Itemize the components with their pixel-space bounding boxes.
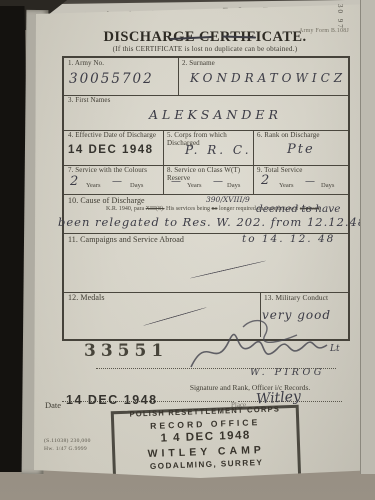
row-discharge-details: 4. Effective Date of Discharge 14 DEC 19… bbox=[64, 130, 348, 166]
document-subtitle: (If this CERTIFICATE is lost no duplicat… bbox=[75, 45, 335, 53]
field-value-handwritten: KONDRATOWICZ bbox=[190, 71, 346, 85]
field-value-handwritten: Pte bbox=[287, 142, 315, 157]
field-army-no: 1. Army No. 30055702 bbox=[64, 58, 179, 95]
years-value: 2 bbox=[261, 173, 269, 188]
rank-annotation: Lt bbox=[330, 344, 340, 354]
margin-page-numbers: 30 97 bbox=[336, 4, 344, 30]
field-label: 13. Military Conduct bbox=[264, 294, 344, 302]
field-total-service: 9. Total Service 2 Years — Days bbox=[253, 165, 346, 194]
printed-segment: His services being bbox=[165, 206, 212, 212]
record-office-rubber-stamp: POLISH RESETTLEMENT CORPS RECORD OFFICE … bbox=[111, 405, 302, 488]
field-effective-date: 4. Effective Date of Discharge 14 DEC 19… bbox=[64, 130, 164, 165]
days-unit: Days bbox=[227, 182, 240, 189]
row-service: 7. Service with the Colours 2 Years — Da… bbox=[64, 165, 348, 195]
signature-caption: Signature and Rank, Officer i/c Records. bbox=[140, 383, 360, 392]
field-corps: 5. Corps from which Discharged P. R. C. bbox=[163, 130, 254, 165]
field-label: 11. Campaigns and Service Abroad bbox=[68, 236, 184, 244]
years-unit: Years bbox=[86, 182, 101, 189]
row-first-names: 3. First Names ALEKSANDER bbox=[64, 95, 348, 131]
field-service-reserve: 8. Service on Class W(T) Reserve — Years… bbox=[163, 165, 254, 194]
field-label: 1. Army No. bbox=[68, 60, 104, 68]
handwritten-annotation: been relegated to Res. W. 202. from 12.1… bbox=[58, 215, 366, 229]
photo-of-discharge-certificate: F6 E G Army Form B.108J DISCHARGE CERTIF… bbox=[0, 0, 375, 500]
serial-number-stamp: 33551 bbox=[84, 341, 168, 361]
right-page-edge bbox=[360, 0, 375, 474]
field-service-colours: 7. Service with the Colours 2 Years — Da… bbox=[64, 165, 164, 194]
row-cause-of-discharge: 10. Cause of Discharge 390/XVIII/9 K.R. … bbox=[64, 194, 348, 234]
date-label: Date bbox=[45, 400, 61, 410]
field-label: 12. Medals bbox=[68, 294, 105, 302]
field-surname: 2. Surname KONDRATOWICZ bbox=[178, 58, 346, 95]
days-unit: Days bbox=[321, 182, 334, 189]
date-stamp: 14 DEC 1948 bbox=[66, 393, 158, 407]
form-table: 1. Army No. 30055702 2. Surname KONDRATO… bbox=[62, 56, 350, 341]
row-army-no-surname: 1. Army No. 30055702 2. Surname KONDRATO… bbox=[64, 58, 348, 96]
handwritten-annotation: to 14. 12. 48 bbox=[242, 233, 335, 245]
reference-handwritten: 390/XVIII/9 bbox=[206, 195, 250, 204]
printed-segment: K.R. 1940, para bbox=[106, 206, 146, 212]
row-campaigns: 11. Campaigns and Service Abroad to 14. … bbox=[64, 233, 348, 293]
days-value: — bbox=[112, 176, 122, 187]
field-label: 4. Effective Date of Discharge bbox=[68, 132, 156, 140]
field-label: 10. Cause of Discharge bbox=[68, 197, 145, 205]
date-stamp: 14 DEC 1948 bbox=[68, 144, 154, 156]
field-value-handwritten: P. R. C. bbox=[185, 143, 252, 157]
printed-struck: XIII(8). bbox=[146, 206, 165, 212]
printer-codes: (S.11038) 230,000 Hw. 1/47 G.9999 bbox=[44, 437, 91, 453]
field-value-handwritten: 30055702 bbox=[69, 71, 154, 87]
days-value: — bbox=[213, 176, 223, 187]
field-label: 3. First Names bbox=[68, 97, 110, 105]
field-rank: 6. Rank on Discharge Pte bbox=[253, 130, 346, 165]
field-first-names: 3. First Names ALEKSANDER bbox=[64, 95, 346, 130]
years-unit: Years bbox=[187, 182, 202, 189]
field-label: 2. Surname bbox=[182, 60, 215, 68]
field-label: 7. Service with the Colours bbox=[68, 167, 147, 175]
years-value: — bbox=[171, 176, 181, 187]
days-unit: Days bbox=[130, 182, 143, 189]
field-label: 6. Rank on Discharge bbox=[257, 132, 320, 140]
nil-dash-stroke bbox=[190, 260, 266, 279]
printer-code-line: (S.11038) 230,000 bbox=[44, 437, 91, 445]
handwritten-annotation: deemed to have bbox=[256, 203, 340, 215]
signature-dotted-line bbox=[96, 368, 336, 369]
certificate-paper: Army Form B.108J DISCHARGE CERTIFICATE. … bbox=[0, 0, 375, 500]
printer-code-line: Hw. 1/47 G.9999 bbox=[44, 445, 91, 453]
days-value: — bbox=[305, 176, 315, 187]
years-value: 2 bbox=[70, 174, 78, 189]
field-value-handwritten: ALEKSANDER bbox=[149, 107, 282, 122]
years-unit: Years bbox=[279, 182, 294, 189]
